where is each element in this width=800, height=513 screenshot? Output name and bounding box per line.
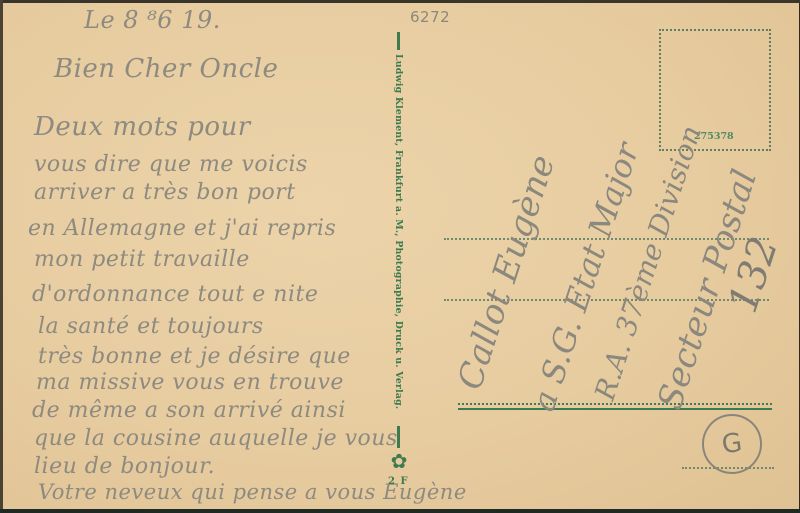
message-line: lieu de bonjour. bbox=[34, 454, 215, 479]
scan-edge-bottom bbox=[0, 509, 800, 513]
circled-mark-letter: G bbox=[720, 428, 744, 461]
clover-ornament-icon: ✿ bbox=[386, 450, 412, 472]
scan-edge-left bbox=[0, 0, 3, 513]
scan-edge-top bbox=[0, 0, 800, 3]
message-line: la santé et toujours bbox=[38, 314, 264, 339]
message-line: Deux mots pour bbox=[34, 112, 251, 142]
card-code: 2 F bbox=[388, 476, 409, 487]
message-line: vous dire que me voicis bbox=[34, 152, 308, 177]
publisher-imprint: Ludwig Klement, Frankfurt a. M., Photogr… bbox=[393, 54, 404, 409]
message-line: très bonne et je désire que bbox=[38, 344, 351, 369]
archive-number: 6272 bbox=[410, 8, 450, 26]
message-line: que la cousine auquelle je vous bbox=[34, 426, 398, 451]
postcard: 6272 Le 8 ⁸6 19. Bien Cher Oncle Deux mo… bbox=[2, 2, 799, 510]
message-line: d'ordonnance tout e nite bbox=[32, 282, 318, 307]
divider-bar-bottom bbox=[397, 426, 400, 448]
message-line: ma missive vous en trouve bbox=[36, 370, 344, 395]
message-line: arriver a très bon port bbox=[34, 180, 296, 205]
message-line: de même a son arrivé ainsi bbox=[32, 398, 346, 423]
date-line: Le 8 ⁸6 19. bbox=[84, 6, 221, 34]
address-line bbox=[458, 466, 608, 468]
address-underline bbox=[458, 408, 772, 410]
address-line bbox=[458, 403, 772, 405]
message-line: en Allemagne et j'ai repris bbox=[28, 216, 336, 241]
message-line: Bien Cher Oncle bbox=[54, 54, 278, 84]
divider-bar-top bbox=[397, 32, 400, 50]
message-line: mon petit travaille bbox=[34, 247, 250, 272]
